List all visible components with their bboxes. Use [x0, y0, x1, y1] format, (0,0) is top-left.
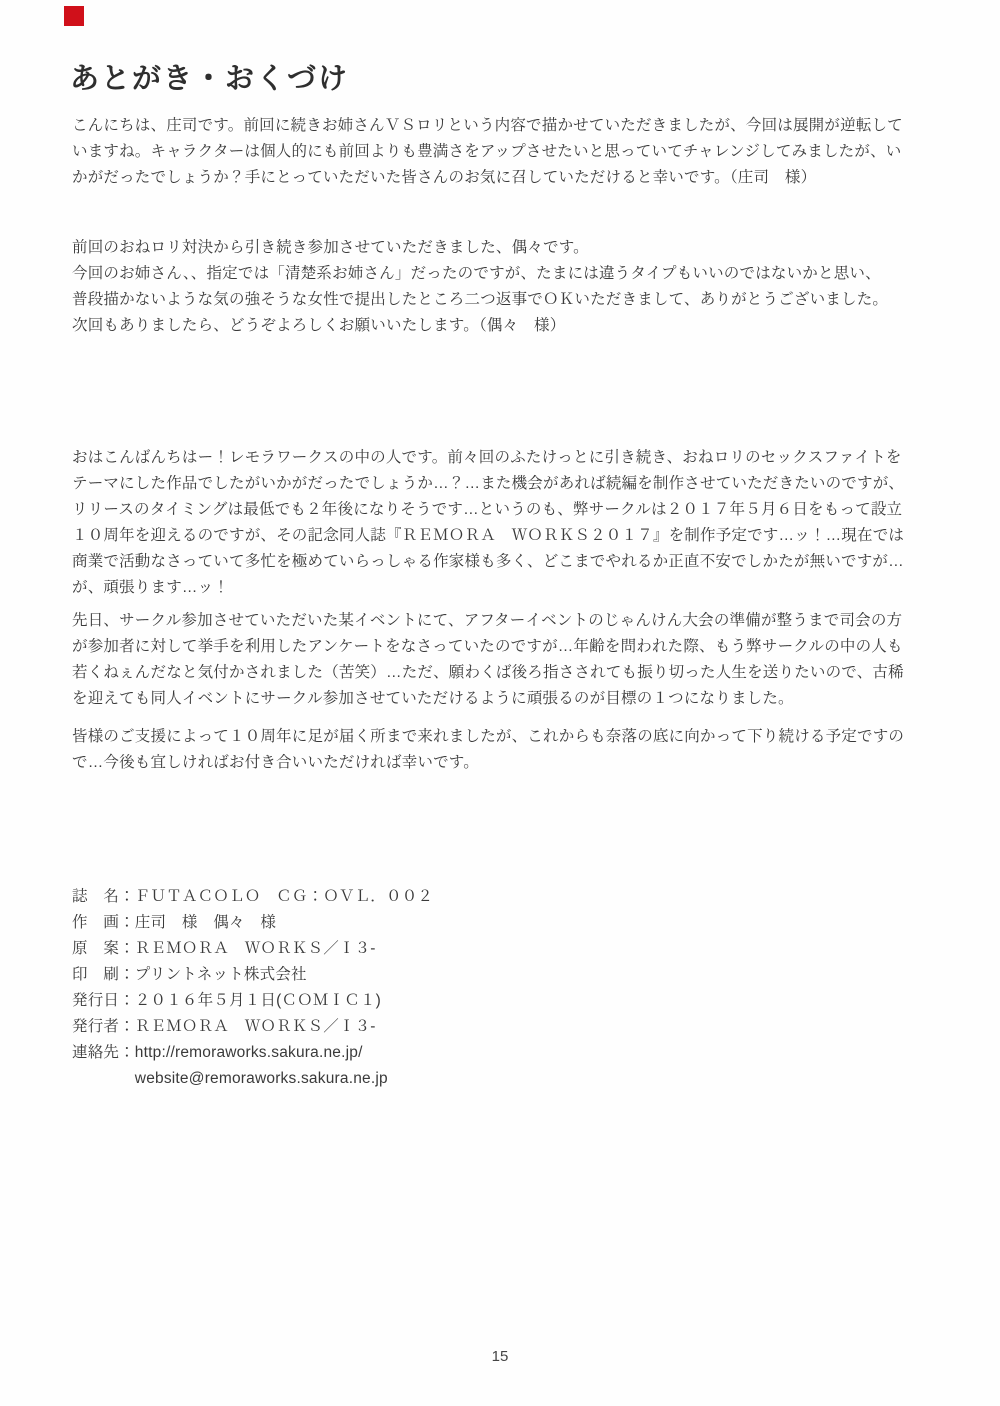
- page-number: 15: [0, 1348, 1000, 1365]
- afterword-paragraph-shoji: こんにちは、庄司です。前回に続きお姉さんＶＳロリという内容で描かせていただきまし…: [72, 113, 940, 191]
- afterword-paragraph-tamatama: 前回のおねロリ対決から引き続き参加させていただきました、偶々です。 今回のお姉さ…: [72, 235, 940, 339]
- red-corner-mark: [64, 6, 84, 26]
- afterword-paragraph-circle-1: おはこんばんちはー！レモラワークスの中の人です。前々回のふたけっとに引き続き、お…: [72, 445, 940, 601]
- colophon-block: 誌 名：ＦＵＴＡＣＯＬＯ ＣＧ：ＯＶＬ．００２ 作 画：庄司 様 偶々 様 原 …: [72, 884, 433, 1092]
- afterword-paragraph-circle-2: 先日、サークル参加させていただいた某イベントにて、アフターイベントのじゃんけん大…: [72, 608, 940, 712]
- afterword-paragraph-circle-3: 皆様のご支援によって１０周年に足が届く所まで来れましたが、これからも奈落の底に向…: [72, 724, 940, 776]
- afterword-page: あとがき・おくづけ こんにちは、庄司です。前回に続きお姉さんＶＳロリという内容で…: [0, 0, 1000, 1406]
- page-title: あとがき・おくづけ: [70, 56, 349, 97]
